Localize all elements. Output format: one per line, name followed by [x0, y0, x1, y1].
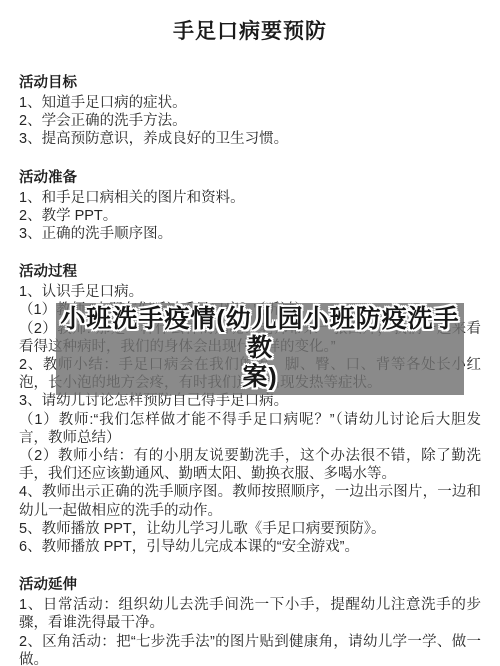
section-activity-goals: 活动目标 1、知道手足口病的症状。 2、学会正确的洗手方法。 3、提高预防意识，…: [19, 71, 481, 149]
preparation-item-2: 2、教学 PPT。: [19, 207, 481, 225]
preparation-item-1: 1、和手足口病相关的图片和资料。: [19, 189, 481, 207]
extension-item-1: 1、日常活动：组织幼儿去洗手间洗一下小手，提醒幼儿注意洗手的步骤，看谁洗得最干净…: [19, 596, 481, 632]
section-activity-goals-heading: 活动目标: [19, 71, 481, 92]
goal-item-2: 2、学会正确的洗手方法。: [19, 112, 481, 130]
preparation-item-3: 3、正确的洗手顺序图。: [19, 225, 481, 243]
section-activity-extension: 活动延伸 1、日常活动：组织幼儿去洗手间洗一下小手，提醒幼儿注意洗手的步骤，看谁…: [19, 573, 481, 666]
goal-item-1: 1、知道手足口病的症状。: [19, 94, 481, 112]
watermark-text-line-2: 案): [56, 363, 464, 392]
page-title: 手足口病要预防: [19, 15, 481, 45]
page: { "page": { "title": "手足口病要预防" }, "secti…: [0, 0, 500, 666]
process-item-3-sub-2: （2）教师小结：有的小朋友说要勤洗手，这个办法很不错，除了勤洗手，我们还应该勤通…: [19, 447, 481, 483]
section-activity-preparation-heading: 活动准备: [19, 166, 481, 187]
process-item-4: 4、教师出示正确的洗手顺序图。教师按照顺序，一边出示图片，一边和幼儿一起做相应的…: [19, 483, 481, 519]
section-activity-process-heading: 活动过程: [19, 260, 481, 281]
process-item-6: 6、教师播放 PPT，引导幼儿完成本课的“安全游戏”。: [19, 538, 481, 556]
watermark-overlay: 小班洗手疫情(幼儿园小班防疫洗手教 案): [56, 303, 464, 395]
section-activity-preparation: 活动准备 1、和手足口病相关的图片和资料。 2、教学 PPT。 3、正确的洗手顺…: [19, 166, 481, 244]
process-item-3-sub-1: （1）教师:“我们怎样做才能不得手足口病呢？”（请幼儿讨论后大胆发言，教师总结）: [19, 411, 481, 447]
section-activity-extension-heading: 活动延伸: [19, 573, 481, 594]
extension-item-2: 2、区角活动：把“七步洗手法”的图片贴到健康角，请幼儿学一学、做一做。: [19, 633, 481, 666]
process-item-1: 1、认识手足口病。: [19, 283, 481, 301]
process-item-3: 3、请幼儿讨论怎样预防自己得手足口病。: [19, 392, 481, 410]
goal-item-3: 3、提高预防意识，养成良好的卫生习惯。: [19, 130, 481, 148]
watermark-text-line-1: 小班洗手疫情(幼儿园小班防疫洗手教: [56, 305, 464, 363]
process-item-5: 5、教师播放 PPT，让幼儿学习儿歌《手足口病要预防》。: [19, 520, 481, 538]
